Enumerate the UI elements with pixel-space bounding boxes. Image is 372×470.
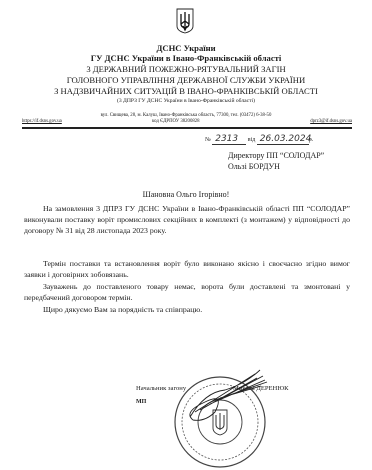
addressee-position: Директору ПП “СОЛОДАР” (228, 151, 324, 160)
letter-page: ДСНС України ГУ ДСНС України в Івано-Фра… (0, 0, 372, 470)
addressee-name: Ользі БОРДУН (228, 162, 280, 171)
date-suffix: р. (309, 137, 314, 143)
body-paragraph: Термін поставки та встановлення воріт бу… (24, 258, 350, 280)
registration-line: № 2313 від 26.03.2024р. (205, 135, 313, 145)
edrpou-code: код ЄДРПОУ 38200828 (152, 119, 200, 124)
signatory-name: Микола ДЕРЕНЮК (233, 385, 289, 392)
seal-label: МП (136, 399, 146, 405)
header-unit-line2: ГОЛОВНОГО УПРАВЛІННЯ ДЕРЖАВНОЇ СЛУЖБИ УК… (0, 75, 372, 85)
header-unit-line3: З НАДЗВИЧАЙНИХ СИТУАЦІЙ В ІВАНО-ФРАНКІВС… (0, 86, 372, 96)
email-link[interactable]: dprz3@if.dsns.gov.ua (310, 119, 352, 124)
handwritten-signature-icon (185, 362, 275, 422)
date-label: від (248, 137, 256, 143)
header-unit-short: (3 ДПРЗ ГУ ДСНС України в Івано-Франківс… (0, 98, 372, 104)
salutation: Шановна Ольго Ігорівно! (0, 190, 372, 199)
contact-row: https://if.dsns.gov.ua код ЄДРПОУ 382008… (22, 119, 352, 127)
number-label: № (205, 137, 211, 143)
header-regional-office: ГУ ДСНС України в Івано-Франківській обл… (0, 53, 372, 63)
body-paragraph: Щиро дякуємо Вам за порядність та співпр… (24, 304, 350, 315)
body-paragraph: Зауважень до поставленого товару немає, … (24, 281, 350, 303)
signatory-title: Начальник загону (136, 385, 186, 392)
header-agency: ДСНС України (0, 43, 372, 53)
coat-of-arms-icon (176, 8, 194, 34)
header-address: вул. Свищева, 28, м. Калуш, Івано-Франкі… (0, 113, 372, 118)
header-divider (22, 127, 352, 129)
registration-date: 26.03.2024 (257, 135, 309, 145)
website-link[interactable]: https://if.dsns.gov.ua (22, 119, 62, 124)
body-paragraph: На замовлення 3 ДПРЗ ГУ ДСНС України в І… (24, 203, 350, 237)
header-unit-line1: 3 ДЕРЖАВНИЙ ПОЖЕЖНО-РЯТУВАЛЬНИЙ ЗАГІН (0, 64, 372, 74)
registration-number: 2313 (212, 135, 246, 145)
